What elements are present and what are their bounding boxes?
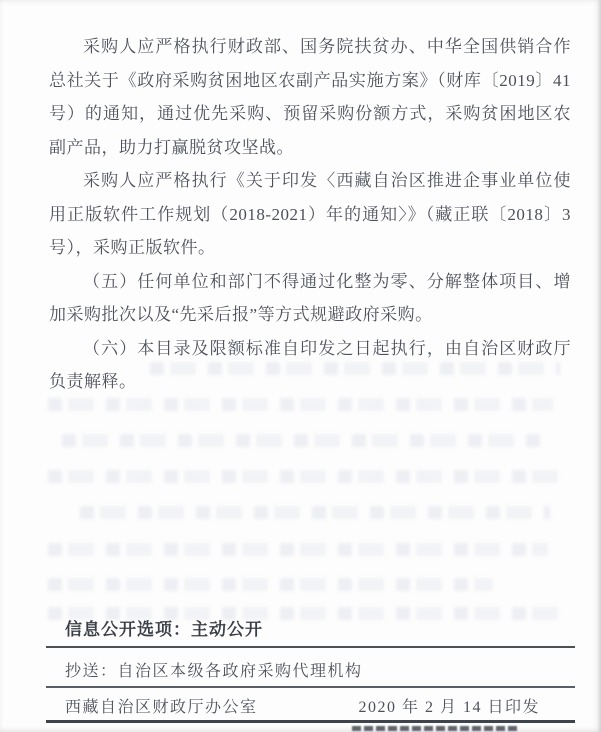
bleed-through-row xyxy=(48,470,560,483)
divider-bottom xyxy=(46,720,575,723)
bleed-through-row xyxy=(48,578,493,591)
cc-line: 抄送：自治区本级各政府采购代理机构 xyxy=(65,658,363,681)
issuer-row: 西藏自治区财政厅办公室 2020 年 2 月 14 日印发 xyxy=(65,694,540,717)
bleed-through-row xyxy=(48,398,553,411)
disclosure-option: 信息公开选项：主动公开 xyxy=(65,615,263,640)
paragraph-poverty-procurement: 采购人应严格执行财政部、国务院扶贫办、中华全国供销合作总社关于《政府采购贫困地区… xyxy=(49,30,571,164)
paragraph-item-five: （五）任何单位和部门不得通过化整为零、分解整体项目、增加采购批次以及“先采后报”… xyxy=(49,265,571,332)
scanned-document-page: 采购人应严格执行财政部、国务院扶贫办、中华全国供销合作总社关于《政府采购贫困地区… xyxy=(0,0,601,732)
illegible-micro-print xyxy=(352,726,520,731)
issuing-office: 西藏自治区财政厅办公室 xyxy=(65,694,258,717)
paragraph-licensed-software: 采购人应严格执行《关于印发〈西藏自治区推进企事业单位使用正版软件工作规划（201… xyxy=(49,164,571,265)
bleed-through-row xyxy=(80,506,550,519)
document-body: 采购人应严格执行财政部、国务院扶贫办、中华全国供销合作总社关于《政府采购贫困地区… xyxy=(49,30,571,399)
scan-edge-artifact xyxy=(597,0,601,732)
bleed-through-row xyxy=(150,362,560,375)
divider-middle xyxy=(46,686,575,688)
bleed-through-row xyxy=(48,543,548,556)
bleed-through-row xyxy=(62,434,542,447)
print-date: 2020 年 2 月 14 日印发 xyxy=(358,694,540,717)
divider-top xyxy=(46,646,575,648)
